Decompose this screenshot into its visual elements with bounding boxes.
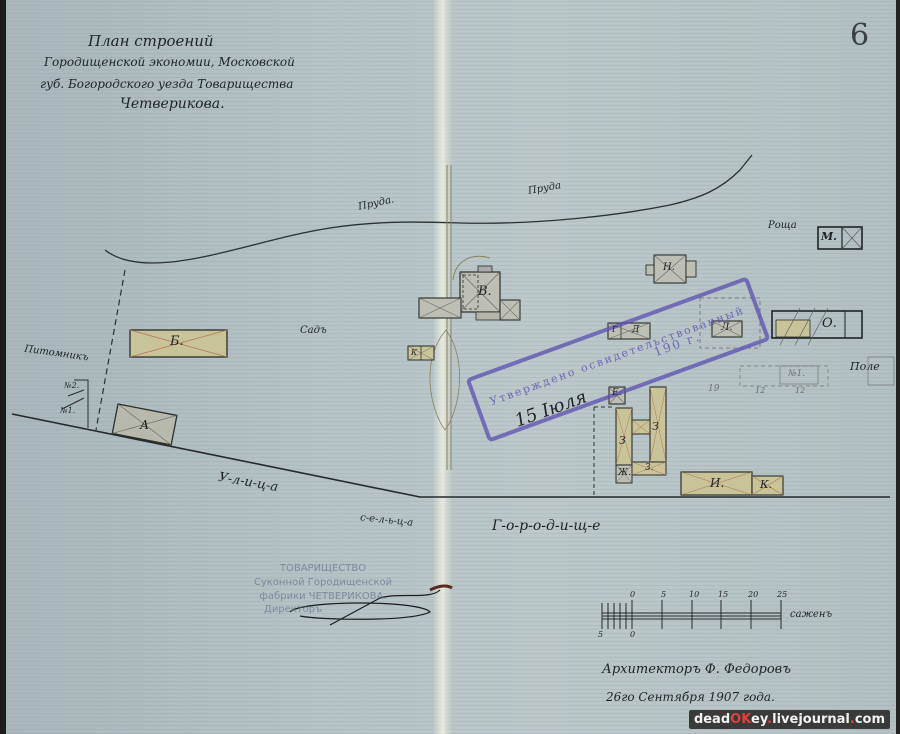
- building-label-A: А: [140, 418, 149, 432]
- building-label-Z3: З.: [645, 463, 653, 473]
- scale-tick-10: 10: [689, 590, 699, 599]
- factory-stamp-role: Директоръ: [264, 603, 322, 617]
- building-label-G: Г: [612, 325, 617, 334]
- scale-tick-20: 20: [748, 590, 758, 599]
- watermark-part: OK: [730, 712, 751, 727]
- building-label-O: О.: [822, 316, 837, 331]
- building-label-E: Е.: [612, 388, 621, 398]
- label-no2: №2.: [64, 381, 79, 390]
- path-curve: [430, 330, 460, 430]
- building-label-KK: К: [411, 348, 417, 357]
- label-street-3: Г-о-р-о-д-и-щ-е: [492, 518, 600, 534]
- building-label-D: Д: [632, 325, 639, 335]
- watermark-part: dead: [694, 712, 730, 727]
- watermark: deadOKey.livejournal.com: [689, 710, 890, 729]
- building-O[interactable]: [772, 308, 862, 345]
- label-garden: Садъ: [300, 325, 327, 336]
- scale-tick-0: 0: [630, 590, 635, 599]
- factory-stamp-line-1: ТОВАРИЩЕСТВО: [248, 562, 398, 576]
- building-label-V: В.: [478, 284, 492, 299]
- title-line-4: Четверикова.: [120, 96, 225, 112]
- building-label-I: И.: [710, 476, 724, 490]
- scale-tick-left-5: 5: [598, 630, 603, 639]
- building-label-Z1: З: [619, 434, 626, 447]
- title-line-3: губ. Богородского уезда Товарищества: [40, 77, 293, 91]
- watermark-part: com: [855, 712, 885, 727]
- factory-stamp-line-3: фабрики ЧЕТВЕРИКОВА.: [248, 590, 398, 604]
- label-no1: №1.: [60, 406, 75, 415]
- building-label-N: Н.: [663, 262, 675, 273]
- map-sheet: 6 План строений Городищенской экономии, …: [0, 0, 900, 734]
- factory-stamp-line-2: Суконной Городищенской: [248, 576, 398, 590]
- watermark-part: ey: [751, 712, 767, 727]
- signature-date: 26го Сентября 1907 года.: [606, 690, 775, 704]
- building-label-p1: №1.: [788, 369, 805, 379]
- scale-tick-15: 15: [718, 590, 728, 599]
- page-number: 6: [850, 18, 869, 53]
- building-label-Zh: Ж.: [618, 468, 631, 478]
- building-label-Z2: З: [652, 420, 659, 433]
- label-dim-12a: 12: [755, 386, 765, 395]
- demolished-outline: [740, 366, 828, 386]
- title-line-1: План строений: [88, 32, 214, 50]
- building-label-K: К.: [760, 478, 772, 491]
- building-label-M: М.: [821, 230, 837, 243]
- architect-signature: Архитекторъ Ф. Федоровъ: [602, 662, 791, 677]
- scale-tick-left-0: 0: [630, 630, 635, 639]
- label-dim-19: 19: [708, 384, 719, 394]
- pond-shoreline: [105, 155, 752, 263]
- factory-stamp: ТОВАРИЩЕСТВО Суконной Городищенской фабр…: [248, 562, 398, 604]
- building-V-complex[interactable]: [419, 266, 520, 320]
- label-grove: Роща: [768, 220, 797, 231]
- scale-bar: [602, 600, 781, 629]
- watermark-part: livejournal: [772, 712, 850, 727]
- scale-unit: саженъ: [790, 609, 832, 620]
- label-field: Поле: [850, 360, 880, 373]
- ink-blot: [430, 586, 452, 590]
- building-label-B: Б.: [170, 334, 184, 349]
- label-dim-12b: 12: [795, 386, 805, 395]
- scale-tick-25: 25: [777, 590, 787, 599]
- scale-tick-5: 5: [661, 590, 666, 599]
- title-line-2: Городищенской экономии, Московской: [44, 55, 295, 69]
